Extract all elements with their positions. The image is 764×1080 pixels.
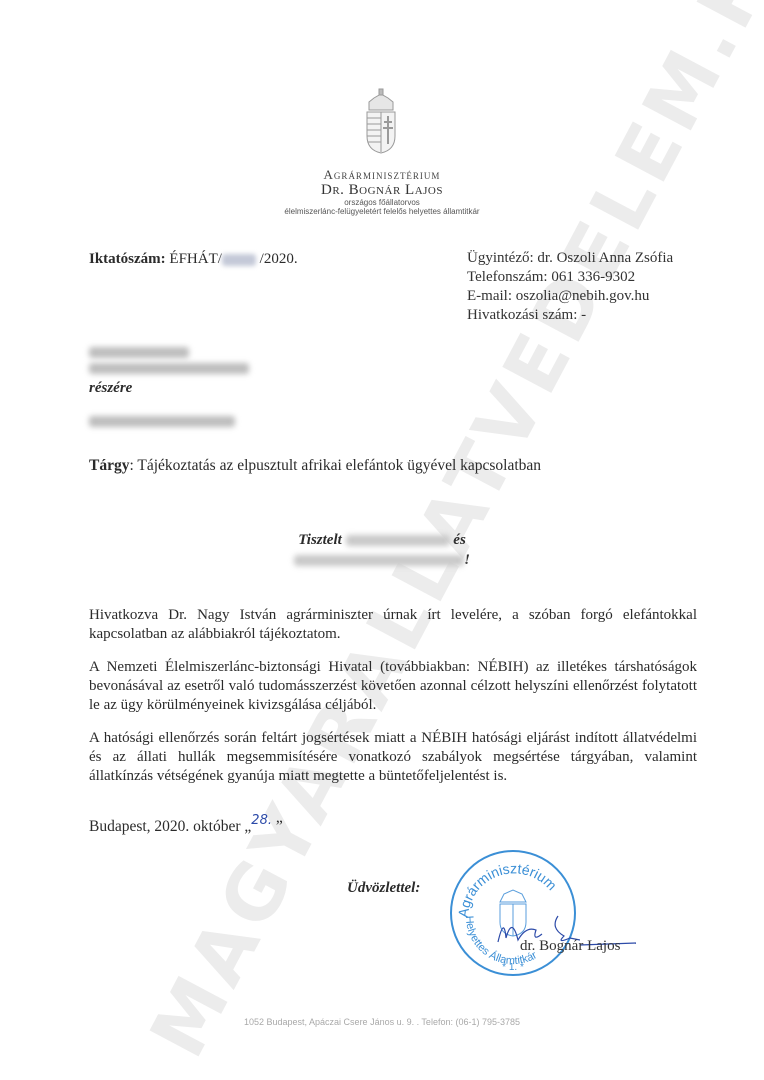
paragraph: A Nemzeti Élelmiszerlánc-biztonsági Hiva… — [89, 658, 697, 715]
letter-body: Hivatkozva Dr. Nagy István agrárminiszte… — [89, 606, 697, 800]
reference-number: Iktatószám: ÉFHÁT/ /2020. — [89, 251, 298, 268]
ministry-name: Agrárminisztérium — [0, 168, 764, 182]
redacted-recipient-email — [89, 416, 235, 427]
conjunction: és — [453, 532, 466, 548]
reference-suffix: /2020. — [260, 251, 298, 267]
reference-label: Iktatószám: — [89, 251, 166, 267]
closing: Üdvözlettel: — [347, 880, 420, 897]
email: E-mail: oszolia@nebih.gov.hu — [467, 287, 673, 306]
subject-line: Tárgy: Tájékoztatás az elpusztult afrika… — [89, 457, 541, 475]
handwritten-day: 28. — [251, 813, 272, 828]
letterhead: Agrárminisztérium Dr. Bognár Lajos orszá… — [0, 168, 764, 216]
date-line: Budapest, 2020. október „28. ” — [89, 818, 283, 836]
redacted-name-1 — [346, 535, 450, 546]
redacted-number — [222, 254, 256, 266]
official-name: Dr. Bognár Lajos — [0, 182, 764, 198]
redacted-recipient-line-1 — [89, 347, 189, 358]
subject-text: : Tájékoztatás az elpusztult afrikai ele… — [129, 457, 541, 474]
greeting-end: ! — [464, 552, 470, 568]
official-title-1: országos főállatorvos — [0, 198, 764, 207]
date-close-quote: ” — [272, 818, 283, 835]
official-title-2: élelmiszerlánc-felügyeletért felelős hel… — [0, 207, 764, 216]
svg-text:* 1. *: * 1. * — [502, 962, 524, 973]
reference-field: Hivatkozási szám: - — [467, 306, 673, 325]
redacted-name-2 — [294, 555, 464, 566]
redacted-recipient-line-2 — [89, 363, 249, 374]
greeting: Tisztelt és ! — [0, 530, 764, 570]
contact-block: Ügyintéző: dr. Oszoli Anna Zsófia Telefo… — [467, 249, 673, 325]
date-text: Budapest, 2020. október „ — [89, 818, 251, 835]
recipient-for-label: részére — [89, 379, 249, 398]
reference-prefix: ÉFHÁT/ — [169, 251, 222, 267]
footer-address: 1052 Budapest, Apáczai Csere János u. 9.… — [0, 1017, 764, 1027]
signatory-name: dr. Bognár Lajos — [520, 938, 620, 955]
paragraph: Hivatkozva Dr. Nagy István agrárminiszte… — [89, 606, 697, 644]
official-stamp-icon: Agrárminisztérium Helyettes Államtitkár … — [446, 846, 580, 980]
coat-of-arms-icon — [364, 88, 398, 154]
recipient-block: részére — [89, 343, 249, 432]
phone: Telefonszám: 061 336-9302 — [467, 268, 673, 287]
handler: Ügyintéző: dr. Oszoli Anna Zsófia — [467, 249, 673, 268]
paragraph: A hatósági ellenőrzés során feltárt jogs… — [89, 729, 697, 786]
salutation: Tisztelt — [298, 532, 342, 548]
subject-label: Tárgy — [89, 457, 129, 474]
